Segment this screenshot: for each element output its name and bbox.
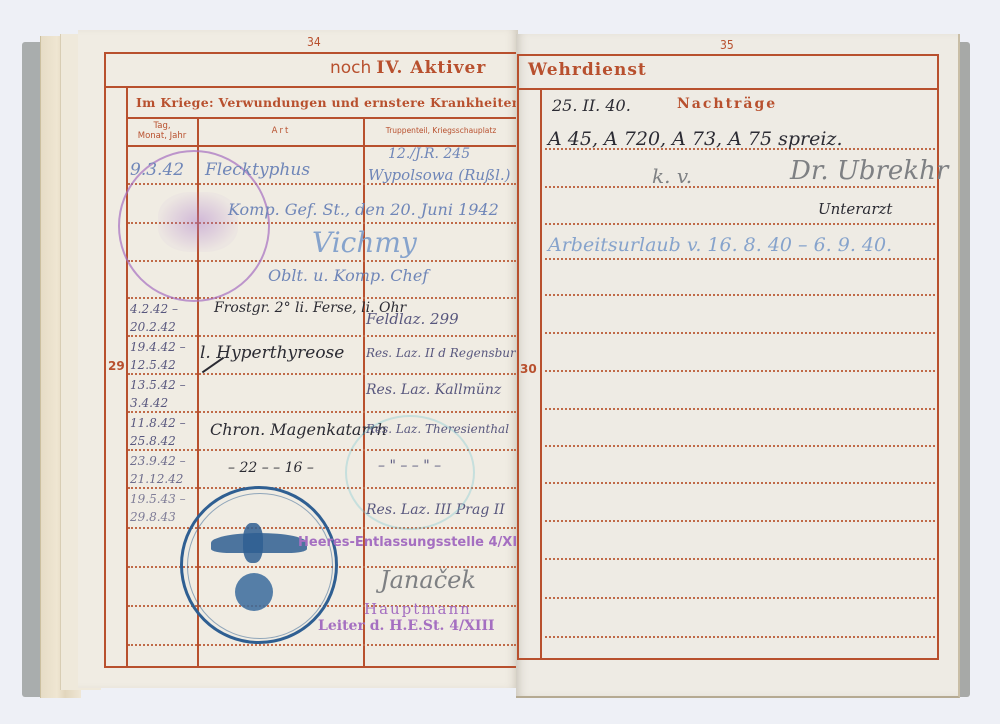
table-title: Im Kriege: Verwundungen und ernstere Kra… [136,95,521,110]
entry-date: 23.9.42 – 21.12.42 [130,452,196,488]
right-header-title: Wehrdienst [528,60,647,80]
leader-stamp: Leiter d. H.E.St. 4/XIII [318,618,495,634]
row-line [545,332,935,334]
entry-date: 19.5.43 – 29.8.43 [130,490,196,526]
row-line [545,408,935,410]
row-line [545,445,935,447]
entry-unit: Res. Laz. II d Regensburg [366,346,516,360]
entry-art: Flecktyphus [205,160,310,180]
row-line [545,558,935,560]
row-line [545,520,935,522]
right-margin-number: 30 [520,362,537,376]
entry-date: 13.5.42 – 3.4.42 [130,376,196,412]
discharge-office-stamp: Heeres-Entlassungsstelle 4/XIII [298,535,527,550]
right-page-number: 35 [720,38,734,52]
row-line [545,223,935,225]
section-title: Nachträge [677,96,777,112]
left-margin-divider [126,86,128,668]
work-leave-entry: Arbeitsurlaub v. 16. 8. 40 – 6. 9. 40. [548,234,892,256]
entry-date: 4.2.42 – 20.2.42 [130,300,196,336]
header-prefix: noch [330,58,371,78]
row-line [545,370,935,372]
wreath-emblem-icon [235,573,273,611]
rank-stamp: Hauptmann [364,600,472,618]
officer-title: Oblt. u. Komp. Chef [268,266,428,285]
entry-note: Komp. Gef. St., den 20. Juni 1942 [228,200,499,219]
nachtrag-entry: k. v. [652,164,692,188]
entry-date: 9.3.42 [130,160,184,180]
entry-unit: 12./J.R. 245 [388,146,470,162]
row-line [128,644,516,646]
doctor-signature: Dr. Ubrekhr [790,156,948,186]
doctor-title: Unterarzt [818,200,892,218]
commander-signature: Janaček [380,566,476,594]
entry-date: 19.4.42 – 12.5.42 [130,338,196,374]
column-header-date: Tag, Monat, Jahr [127,121,197,141]
row-line [545,482,935,484]
entry-unit: Feldlaz. 299 [366,310,459,328]
entry-unit: Wypolsowa (Rußl.) [368,166,511,184]
column-header-unit: Truppenteil, Kriegsschauplatz [365,126,517,136]
officer-signature: Vichmy [312,226,417,259]
row-line [545,636,935,638]
row-line [545,597,935,599]
row-line [545,186,935,188]
eagle-body-icon [243,523,263,563]
left-page-number: 34 [307,35,321,49]
row-line [545,258,935,260]
table-title-divider [126,117,518,119]
eagle-emblem-icon [158,192,238,252]
right-margin-divider [540,88,542,660]
entry-art: – 22 – – 16 – [228,460,314,476]
row-line [545,294,935,296]
header-main: IV. Aktiver [376,58,486,78]
blue-eagle-stamp [180,486,338,644]
left-margin-number: 29 [108,359,125,373]
nachtrag-entry: A 45, A 720, A 73, A 75 spreiz. [548,128,842,150]
faint-cyan-stamp [345,415,475,530]
right-header-divider [517,88,939,90]
column-header-art: Art [199,126,363,136]
left-header-title: noch IV. Aktiver [330,58,486,78]
entry-date: 11.8.42 – 25.8.42 [130,414,196,450]
entry-unit: Res. Laz. Kallmünz [366,382,501,398]
left-header-divider [104,86,518,88]
nachtrag-date: 25. II. 40. [552,96,631,115]
